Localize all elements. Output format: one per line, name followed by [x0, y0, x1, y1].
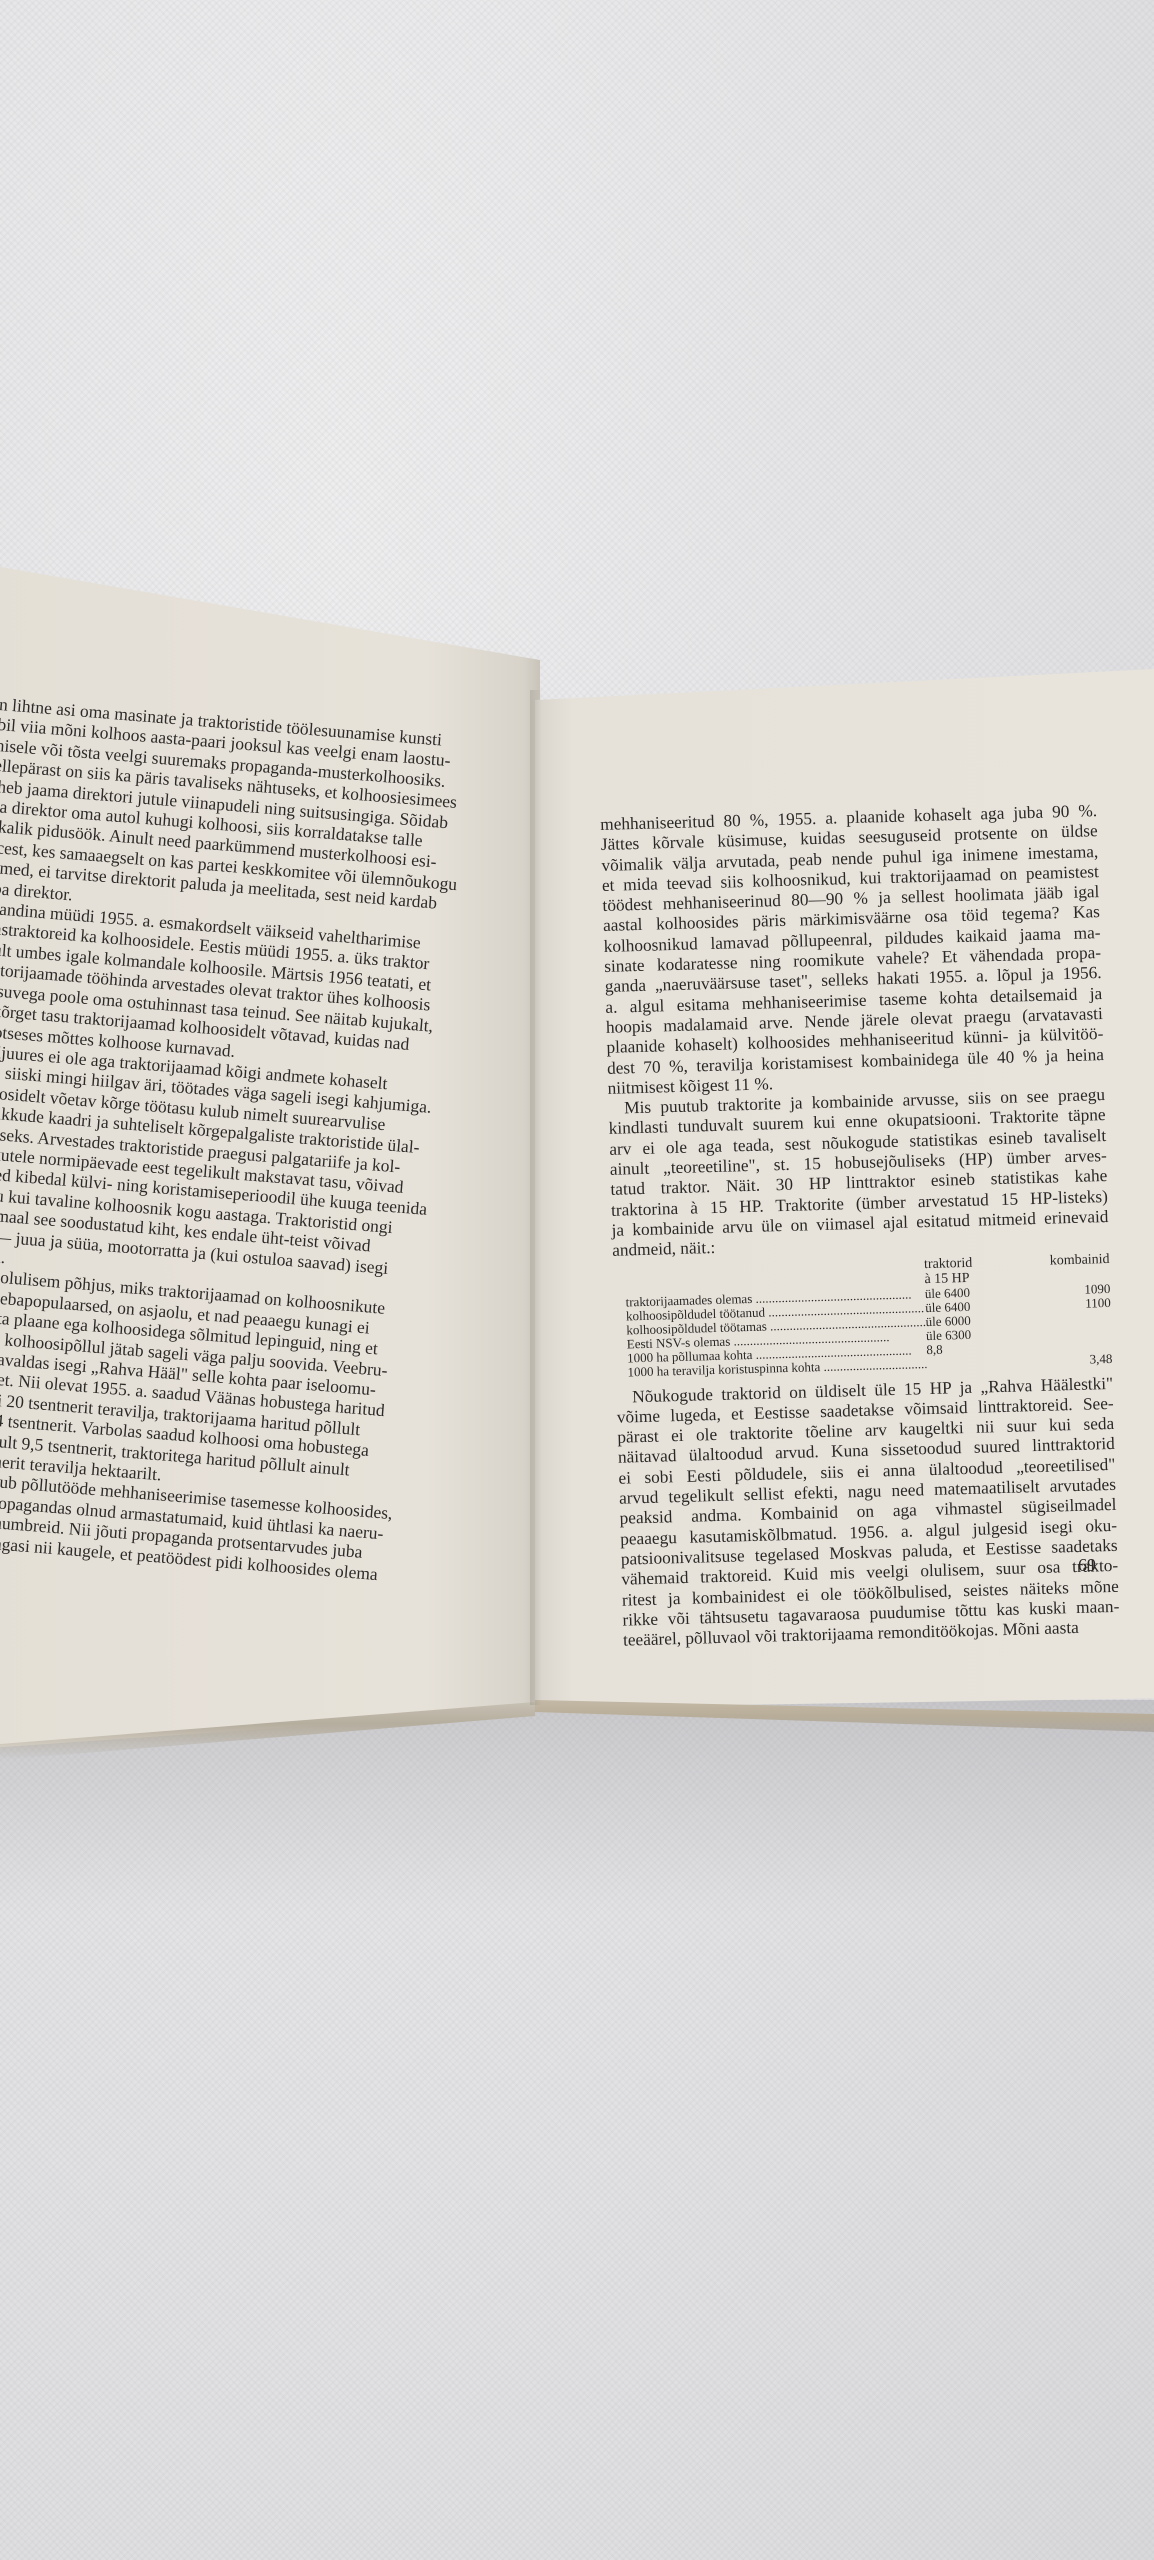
left-page-text: n lihtne asi oma masinate ja traktoristi… — [0, 694, 473, 1586]
page-number: 69 — [1078, 1555, 1096, 1576]
combines-value: 3,48 — [1022, 1351, 1112, 1368]
book-gutter — [530, 690, 542, 1705]
tractors-value — [927, 1354, 1023, 1371]
table-body: traktorijaamades olemasüle 64001090kolho… — [613, 1281, 1112, 1379]
paragraph-soviet-tractors: Nõukogude traktorid on üldiselt üle 15 H… — [616, 1373, 1120, 1651]
paragraph-mechanization: mehhaniseeritud 80 %, 1955. a. plaanide … — [600, 801, 1105, 1099]
right-page-text: mehhaniseeritud 80 %, 1955. a. plaanide … — [600, 801, 1120, 1651]
statistics-table: traktorid kombainid à 15 HP traktorijaam… — [613, 1251, 1113, 1379]
paragraph-tractor-count: Mis puutub traktorite ja kombainide arvu… — [608, 1085, 1109, 1261]
tablecloth-shadow — [0, 1700, 1154, 2560]
